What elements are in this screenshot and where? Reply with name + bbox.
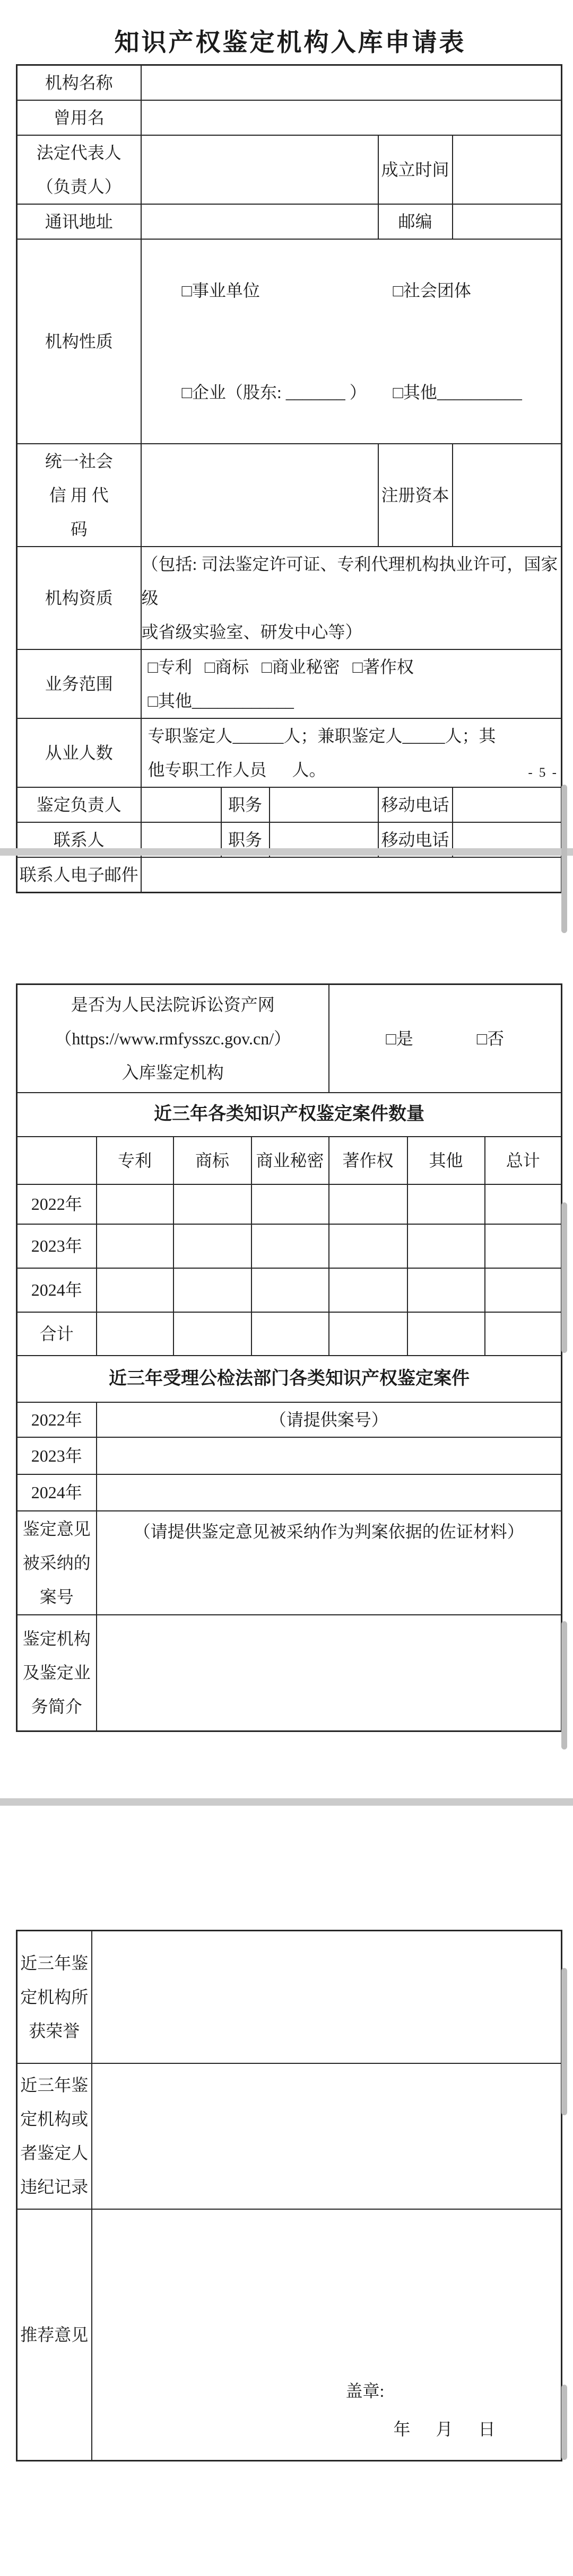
institution-name-label: 机构名称 — [17, 65, 141, 101]
establish-date-label: 成立时间 — [378, 135, 453, 204]
staff-count-label: 从业人数 — [17, 718, 141, 787]
application-form-table: 机构名称 曾用名 法定代表人 （负责人） 成立时间 通讯地址 邮编 机构性质 □… — [16, 64, 562, 893]
checkbox-scope-other[interactable]: □其他____________ — [142, 684, 561, 718]
label-line: 者鉴定人 — [18, 2136, 91, 2170]
table-row: 2024年 — [17, 1474, 562, 1511]
honors-recommendation-table: 近三年鉴 定机构所 获荣誉 近三年鉴 定机构或 者鉴定人 违纪记录 推荐意见 盖… — [16, 1930, 562, 2461]
table-row: 鉴定机构 及鉴定业 务简介 — [17, 1615, 562, 1731]
stats-cell[interactable] — [251, 1184, 329, 1224]
label-line: 统一社会 — [18, 444, 141, 478]
stats-cell[interactable] — [485, 1224, 562, 1268]
stats-cell[interactable] — [97, 1312, 173, 1356]
scrollbar-thumb[interactable] — [561, 1968, 567, 2115]
former-name-cell[interactable] — [141, 100, 562, 135]
table-row: 鉴定意见 被采纳的 案号 （请提供鉴定意见被采纳作为判案依据的佐证材料） — [17, 1511, 562, 1615]
cases-section-title: 近三年受理公检法部门各类知识产权鉴定案件 — [17, 1356, 562, 1402]
violation-record-label: 近三年鉴 定机构或 者鉴定人 违纪记录 — [17, 2063, 92, 2209]
page-separator — [0, 848, 573, 856]
table-row: 机构性质 □事业单位□社会团体 □企业（股东: _______ ）□其他____… — [17, 239, 562, 444]
label-line: 被采纳的 — [18, 1546, 96, 1580]
appraisal-head-cell[interactable] — [141, 787, 221, 822]
label-line: 码 — [18, 512, 141, 546]
case-year-2024-cell[interactable] — [97, 1474, 562, 1511]
table-row: 是否为人民法院诉讼资产网 （https://www.rmfysszc.gov.c… — [17, 984, 562, 1093]
appraisal-head-label: 鉴定负责人 — [17, 787, 141, 822]
label-line: 法定代表人 — [18, 136, 141, 170]
stats-cell[interactable] — [485, 1184, 562, 1224]
page-title: 知识产权鉴定机构入库申请表 — [0, 27, 573, 59]
staff-count-line: 他专职工作人员 人。 — [142, 753, 561, 787]
label-line: 定机构所 — [18, 1980, 91, 2014]
scrollbar-thumb[interactable] — [561, 785, 567, 933]
postcode-cell[interactable] — [453, 204, 562, 239]
table-row: 通讯地址 邮编 — [17, 204, 562, 239]
stats-corner-cell — [17, 1137, 97, 1184]
stats-cell[interactable] — [251, 1268, 329, 1312]
legal-representative-label: 法定代表人 （负责人） — [17, 135, 141, 204]
label-line: 是否为人民法院诉讼资产网 — [18, 988, 328, 1022]
head-position-cell[interactable] — [270, 787, 378, 822]
case-year-2022-cell[interactable]: （请提供案号） — [97, 1402, 562, 1437]
stats-cell[interactable] — [173, 1184, 251, 1224]
col-header-patent: 专利 — [97, 1137, 173, 1184]
postcode-label: 邮编 — [378, 204, 453, 239]
row-header-2024: 2024年 — [17, 1268, 97, 1312]
checkbox-type-other[interactable]: □其他__________ — [393, 383, 522, 402]
institution-type-label: 机构性质 — [17, 239, 141, 444]
institution-intro-label: 鉴定机构 及鉴定业 务简介 — [17, 1615, 97, 1731]
table-row: 统一社会 信 用 代 码 注册资本 — [17, 444, 562, 547]
table-row: 2022年 — [17, 1184, 562, 1224]
stats-cell[interactable] — [251, 1312, 329, 1356]
table-row: 机构资质 （包括: 司法鉴定许可证、专利代理机构执业许可，国家级 或省级实验室、… — [17, 547, 562, 649]
stats-cell[interactable] — [97, 1184, 173, 1224]
label-line: 信 用 代 — [18, 478, 141, 512]
case-year-2023-label: 2023年 — [17, 1437, 97, 1474]
mailing-address-cell[interactable] — [141, 204, 378, 239]
case-year-2023-cell[interactable] — [97, 1437, 562, 1474]
checkbox-public-institution[interactable]: □事业单位 — [182, 274, 393, 307]
establish-date-cell[interactable] — [453, 135, 562, 204]
label-line: 及鉴定业 — [18, 1656, 96, 1690]
table-row: 近三年受理公检法部门各类知识产权鉴定案件 — [17, 1356, 562, 1402]
scrollbar-thumb[interactable] — [561, 1202, 567, 1353]
checkbox-scope-options[interactable]: □专利 □商标 □商业秘密 □著作权 — [142, 650, 561, 684]
staff-count-cell[interactable]: 专职鉴定人______人；兼职鉴定人_____人；其 他专职工作人员 人。 — [141, 718, 562, 787]
label-line: 近三年鉴 — [18, 1946, 91, 1980]
label-line: 违纪记录 — [18, 2170, 91, 2204]
honors-cell[interactable] — [92, 1931, 562, 2063]
court-asset-network-label: 是否为人民法院诉讼资产网 （https://www.rmfysszc.gov.c… — [17, 984, 329, 1093]
adopted-case-number-label: 鉴定意见 被采纳的 案号 — [17, 1511, 97, 1615]
col-header-other: 其他 — [407, 1137, 485, 1184]
stats-cell[interactable] — [485, 1268, 562, 1312]
stats-cell[interactable] — [329, 1184, 407, 1224]
date-line: 年 月 日 — [394, 2410, 561, 2448]
case-year-2024-label: 2024年 — [17, 1474, 97, 1511]
recommendation-cell[interactable]: 盖章: 年 月 日 — [92, 2209, 562, 2461]
stats-cell[interactable] — [97, 1268, 173, 1312]
table-row: 曾用名 — [17, 100, 562, 135]
court-asset-network-cell: □是□否 — [329, 984, 562, 1093]
table-row: 鉴定负责人 职务 移动电话 — [17, 787, 562, 822]
stats-cell[interactable] — [173, 1312, 251, 1356]
business-scope-label: 业务范围 — [17, 649, 141, 718]
checkbox-enterprise[interactable]: □企业（股东: _______ ） — [182, 375, 393, 409]
col-header-trademark: 商标 — [173, 1137, 251, 1184]
label-line: 鉴定机构 — [18, 1622, 96, 1656]
checkbox-no[interactable]: □否 — [477, 1029, 504, 1048]
scrollbar-thumb[interactable] — [561, 1621, 567, 1749]
stats-cell[interactable] — [407, 1184, 485, 1224]
label-line: 定机构或 — [18, 2102, 91, 2136]
stats-cell[interactable] — [407, 1268, 485, 1312]
table-row: 联系人电子邮件 — [17, 857, 562, 893]
page-number: - 5 - — [528, 766, 558, 780]
scrollbar-thumb[interactable] — [561, 2385, 567, 2460]
col-header-trade-secret: 商业秘密 — [251, 1137, 329, 1184]
label-line: 近三年鉴 — [18, 2068, 91, 2102]
stats-cell[interactable] — [251, 1224, 329, 1268]
row-header-2023: 2023年 — [17, 1224, 97, 1268]
former-name-label: 曾用名 — [17, 100, 141, 135]
business-scope-cell: □专利 □商标 □商业秘密 □著作权 □其他____________ — [141, 649, 562, 718]
honors-label: 近三年鉴 定机构所 获荣誉 — [17, 1931, 92, 2063]
table-row: 2022年 （请提供案号） — [17, 1402, 562, 1437]
table-row: 推荐意见 盖章: 年 月 日 — [17, 2209, 562, 2461]
checkbox-yes[interactable]: □是 — [386, 1029, 413, 1048]
page-separator — [0, 1798, 573, 1806]
institution-intro-cell[interactable] — [97, 1615, 562, 1731]
court-asset-network-url: （https://www.rmfysszc.gov.cn/） — [18, 1022, 328, 1056]
col-header-total: 总计 — [485, 1137, 562, 1184]
label-line: 鉴定意见 — [18, 1512, 96, 1546]
label-line: 案号 — [18, 1580, 96, 1614]
table-row: 专利 商标 商业秘密 著作权 其他 总计 — [17, 1137, 562, 1184]
qualifications-cell[interactable]: （包括: 司法鉴定许可证、专利代理机构执业许可，国家级 或省级实验室、研发中心等… — [141, 547, 562, 649]
col-header-copyright: 著作权 — [329, 1137, 407, 1184]
case-statistics-table: 是否为人民法院诉讼资产网 （https://www.rmfysszc.gov.c… — [16, 983, 562, 1732]
stats-cell[interactable] — [329, 1312, 407, 1356]
stats-cell[interactable] — [173, 1224, 251, 1268]
credit-code-label: 统一社会 信 用 代 码 — [17, 444, 141, 547]
row-header-2022: 2022年 — [17, 1184, 97, 1224]
case-year-2022-label: 2022年 — [17, 1402, 97, 1437]
table-row: 合计 — [17, 1312, 562, 1356]
table-row: 近三年鉴 定机构或 者鉴定人 违纪记录 — [17, 2063, 562, 2209]
checkbox-social-organization[interactable]: □社会团体 — [393, 281, 471, 300]
legal-representative-cell[interactable] — [141, 135, 378, 204]
contact-email-cell[interactable] — [141, 857, 562, 893]
credit-code-cell[interactable] — [141, 444, 378, 547]
adopted-case-number-cell[interactable]: （请提供鉴定意见被采纳作为判案依据的佐证材料） — [97, 1511, 562, 1615]
table-row: 近三年鉴 定机构所 获荣誉 — [17, 1931, 562, 2063]
stats-cell[interactable] — [407, 1312, 485, 1356]
stats-cell[interactable] — [97, 1224, 173, 1268]
table-row: 机构名称 — [17, 65, 562, 101]
stats-section-title: 近三年各类知识产权鉴定案件数量 — [17, 1093, 562, 1137]
row-header-subtotal: 合计 — [17, 1312, 97, 1356]
table-row: 2023年 — [17, 1437, 562, 1474]
stats-cell[interactable] — [407, 1224, 485, 1268]
stats-cell[interactable] — [485, 1312, 562, 1356]
stats-cell[interactable] — [329, 1268, 407, 1312]
label-line: 获荣誉 — [18, 2014, 91, 2048]
table-row: 法定代表人 （负责人） 成立时间 — [17, 135, 562, 204]
stats-cell[interactable] — [173, 1268, 251, 1312]
table-row: 从业人数 专职鉴定人______人；兼职鉴定人_____人；其 他专职工作人员 … — [17, 718, 562, 787]
institution-type-cell: □事业单位□社会团体 □企业（股东: _______ ）□其他_________… — [141, 239, 562, 444]
head-position-label: 职务 — [221, 787, 270, 822]
mailing-address-label: 通讯地址 — [17, 204, 141, 239]
label-line: （负责人） — [18, 170, 141, 204]
institution-name-cell[interactable] — [141, 65, 562, 101]
label-line: 务简介 — [18, 1690, 96, 1724]
table-row: 近三年各类知识产权鉴定案件数量 — [17, 1093, 562, 1137]
hint-line: 或省级实验室、研发中心等） — [142, 615, 561, 649]
label-line: 入库鉴定机构 — [18, 1056, 328, 1089]
stats-cell[interactable] — [329, 1224, 407, 1268]
table-row: 2023年 — [17, 1224, 562, 1268]
staff-count-line: 专职鉴定人______人；兼职鉴定人_____人；其 — [142, 719, 561, 753]
hint-line: （包括: 司法鉴定许可证、专利代理机构执业许可，国家级 — [142, 547, 561, 615]
table-row: 业务范围 □专利 □商标 □商业秘密 □著作权 □其他____________ — [17, 649, 562, 718]
recommendation-label: 推荐意见 — [17, 2209, 92, 2461]
contact-email-label: 联系人电子邮件 — [17, 857, 141, 893]
registered-capital-label: 注册资本 — [378, 444, 453, 547]
violation-record-cell[interactable] — [92, 2063, 562, 2209]
head-mobile-cell[interactable] — [453, 787, 562, 822]
seal-label: 盖章: — [346, 2372, 561, 2410]
registered-capital-cell[interactable] — [453, 444, 562, 547]
head-mobile-label: 移动电话 — [378, 787, 453, 822]
table-row: 2024年 — [17, 1268, 562, 1312]
qualifications-label: 机构资质 — [17, 547, 141, 649]
